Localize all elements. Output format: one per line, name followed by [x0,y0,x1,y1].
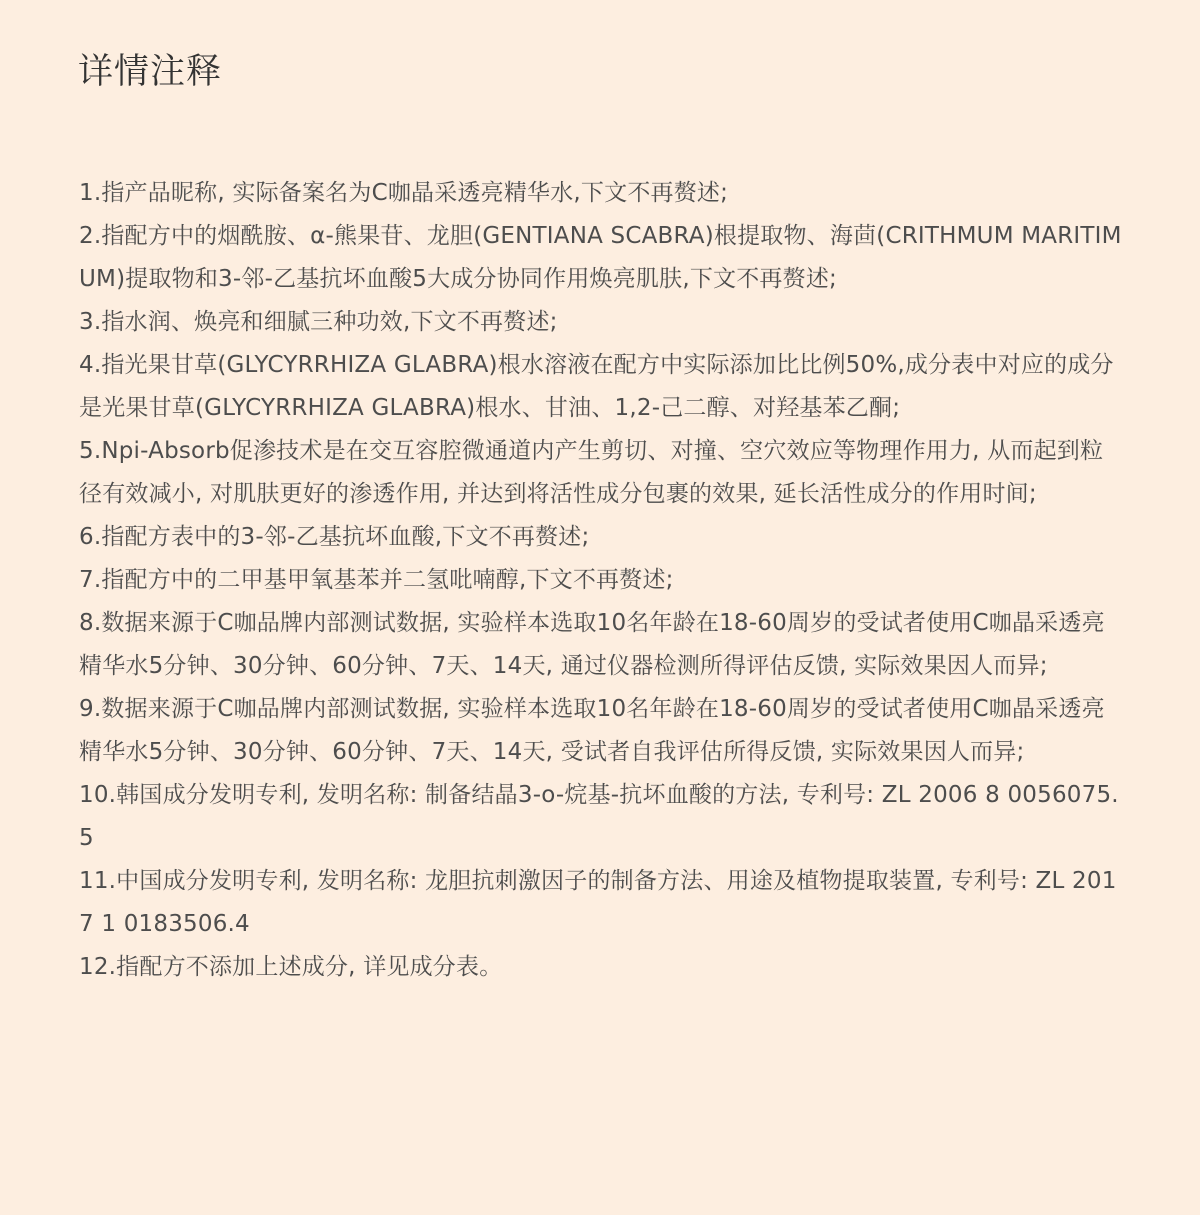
note-item-2: 2.指配方中的烟酰胺、α-熊果苷、龙胆(GENTIANA SCABRA)根提取物… [79,215,1124,301]
notes-list: 1.指产品昵称, 实际备案名为C咖晶采透亮精华水,下文不再赘述; 2.指配方中的… [79,172,1124,989]
note-item-4: 4.指光果甘草(GLYCYRRHIZA GLABRA)根水溶液在配方中实际添加比… [79,344,1124,430]
note-item-7: 7.指配方中的二甲基甲氧基苯并二氢吡喃醇,下文不再赘述; [79,559,1124,602]
note-item-3: 3.指水润、焕亮和细腻三种功效,下文不再赘述; [79,301,1124,344]
note-item-11: 11.中国成分发明专利, 发明名称: 龙胆抗刺激因子的制备方法、用途及植物提取装… [79,860,1124,946]
note-item-12: 12.指配方不添加上述成分, 详见成分表。 [79,946,1124,989]
detail-notes-page: 详情注释 1.指产品昵称, 实际备案名为C咖晶采透亮精华水,下文不再赘述; 2.… [0,0,1200,1215]
note-item-6: 6.指配方表中的3-邻-乙基抗坏血酸,下文不再赘述; [79,516,1124,559]
page-title: 详情注释 [78,50,222,94]
note-item-10: 10.韩国成分发明专利, 发明名称: 制备结晶3-o-烷基-抗坏血酸的方法, 专… [79,774,1124,860]
note-item-9: 9.数据来源于C咖品牌内部测试数据, 实验样本选取10名年龄在18-60周岁的受… [79,688,1124,774]
note-item-8: 8.数据来源于C咖品牌内部测试数据, 实验样本选取10名年龄在18-60周岁的受… [79,602,1124,688]
note-item-5: 5.Npi-Absorb促渗技术是在交互容腔微通道内产生剪切、对撞、空穴效应等物… [79,430,1124,516]
note-item-1: 1.指产品昵称, 实际备案名为C咖晶采透亮精华水,下文不再赘述; [79,172,1124,215]
